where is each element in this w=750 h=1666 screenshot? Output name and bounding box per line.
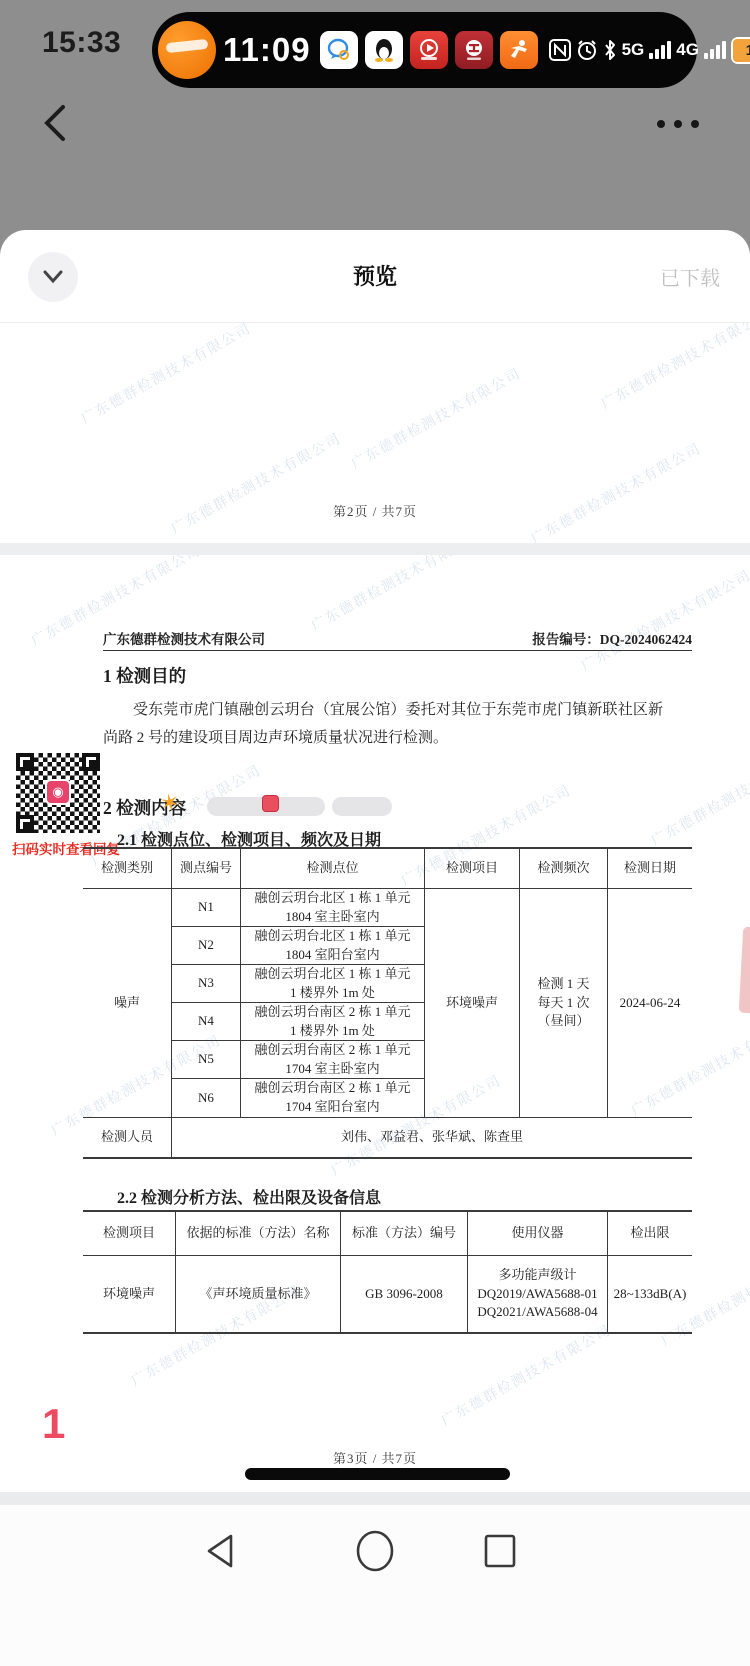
- point-id: N4: [171, 1003, 240, 1041]
- table1-header: 检测类别: [83, 849, 171, 889]
- table1-header: 测点编号: [171, 849, 240, 889]
- report-number: 报告编号：DQ-2024062424: [532, 628, 692, 648]
- table1-header: 检测频次: [519, 849, 607, 889]
- clock-time: 15:33: [42, 26, 121, 60]
- nav-back-button[interactable]: [192, 1523, 248, 1579]
- point-id: N6: [171, 1079, 240, 1117]
- watermark-text: 广东德群检测技术有限公司: [527, 438, 705, 543]
- table2-instrument: 多功能声级计 DQ2019/AWA5688-01 DQ2021/AWA5688-…: [467, 1256, 607, 1332]
- table1-date: 2024-06-24: [607, 889, 692, 1117]
- status-bar: 15:33 11:09 5G: [0, 0, 750, 92]
- nav-home-circle-icon: [353, 1529, 397, 1573]
- bottom-divider: [0, 1492, 750, 1505]
- watermark-text: 广东德群检测技术有限公司: [597, 323, 750, 413]
- red-stamp-mark: [739, 927, 750, 1014]
- highlight-pill: [332, 797, 392, 816]
- point-location: 融创云玥台南区 2 栋 1 单元 1704 室阳台室内: [240, 1079, 424, 1117]
- table2-header: 检出限: [607, 1212, 692, 1256]
- table1-header: 检测项目: [424, 849, 519, 889]
- table2-header: 检测项目: [83, 1212, 175, 1256]
- qr-code-block: ◉ 扫码实时查看回复: [16, 753, 102, 858]
- network-type-4g: 4G: [676, 40, 699, 60]
- section-2-2-title: 2.2 检测分析方法、检出限及设备信息: [117, 1185, 381, 1208]
- personnel-label: 检测人员: [83, 1117, 171, 1157]
- sampling-points-table: 检测类别 测点编号 检测点位 检测项目 检测频次 检测日期 噪声 N1 融创云玥…: [83, 847, 692, 1159]
- company-name: 广东德群检测技术有限公司: [103, 628, 265, 648]
- video-app-icon: [410, 31, 448, 69]
- point-location: 融创云玥台南区 2 栋 1 单元 1704 室主卧室内: [240, 1041, 424, 1079]
- table1-category: 噪声: [83, 889, 171, 1117]
- section-1-body: 受东莞市虎门镇融创云玥台（宜展公馆）委托对其位于东莞市虎门镇新联社区新尚路 2 …: [103, 697, 663, 753]
- network-type-5g: 5G: [622, 40, 645, 60]
- nav-recents-button[interactable]: [472, 1523, 528, 1579]
- back-chevron-icon: [39, 103, 69, 143]
- document-viewport[interactable]: 广东德群检测技术有限公司 广东德群检测技术有限公司 广东德群检测技术有限公司 广…: [0, 323, 750, 1666]
- annotation-number: 1: [42, 1400, 65, 1448]
- home-indicator[interactable]: [245, 1468, 510, 1480]
- table2-item: 环境噪声: [83, 1256, 175, 1332]
- personnel-names: 刘伟、邓益君、张华斌、陈查里: [171, 1117, 692, 1157]
- qr-center-logo-icon: ◉: [45, 779, 71, 805]
- bank-app-icon: [455, 31, 493, 69]
- point-id: N5: [171, 1041, 240, 1079]
- methods-table: 检测项目 依据的标准（方法）名称 标准（方法）编号 使用仪器 检出限 环境噪声 …: [83, 1210, 692, 1334]
- table1-item: 环境噪声: [424, 889, 519, 1117]
- signal-bars-2-icon: [704, 41, 726, 59]
- red-sticker-icon: [262, 795, 279, 812]
- table2-header: 使用仪器: [467, 1212, 607, 1256]
- table2-header: 依据的标准（方法）名称: [175, 1212, 340, 1256]
- orange-app-logo-icon: [158, 21, 216, 79]
- signal-bars-icon: [649, 41, 671, 59]
- person-app-icon: [500, 31, 538, 69]
- point-location: 融创云玥台南区 2 栋 1 单元 1 楼界外 1m 处: [240, 1003, 424, 1041]
- battery-percent: 17: [746, 42, 750, 59]
- battery-icon: 17: [731, 37, 750, 64]
- bluetooth-icon: [603, 39, 617, 61]
- top-toolbar: [0, 92, 750, 172]
- watermark-text: 广东德群检测技术有限公司: [347, 363, 525, 474]
- back-button[interactable]: [30, 100, 78, 148]
- watermark-text: 广东德群检测技术有限公司: [437, 1320, 615, 1431]
- phone-screen: 15:33 11:09 5G: [0, 0, 750, 1666]
- sheet-header: 预览 已下载: [0, 230, 750, 323]
- document-page-2: 广东德群检测技术有限公司 广东德群检测技术有限公司 广东德群检测技术有限公司 广…: [0, 323, 750, 543]
- qq-penguin-icon: [365, 31, 403, 69]
- qr-code-icon: ◉: [16, 753, 100, 833]
- section-1-title: 1 检测目的: [103, 663, 186, 688]
- alarm-clock-icon: [576, 39, 598, 61]
- chat-app-icon: [320, 31, 358, 69]
- overlay-clock-time: 11:09: [223, 31, 311, 69]
- star-sticker-icon: ✶: [157, 787, 182, 819]
- table2-detection-limit: 28~133dB(A): [607, 1256, 692, 1332]
- page3-footer: 第3页 / 共7页: [0, 1448, 750, 1467]
- table1-frequency: 检测 1 天 每天 1 次 （昼间）: [519, 889, 607, 1117]
- point-location: 融创云玥台北区 1 栋 1 单元 1804 室阳台室内: [240, 927, 424, 965]
- nav-home-button[interactable]: [347, 1523, 403, 1579]
- table2-standard-no: GB 3096-2008: [340, 1256, 467, 1332]
- table2-standard-name: 《声环境质量标准》: [175, 1256, 340, 1332]
- point-id: N1: [171, 889, 240, 927]
- point-id: N3: [171, 965, 240, 1003]
- report-header-row: 广东德群检测技术有限公司 报告编号：DQ-2024062424: [103, 617, 692, 651]
- table2-header: 标准（方法）编号: [340, 1212, 467, 1256]
- status-icons: 5G 4G 17: [549, 37, 750, 64]
- nav-recents-square-icon: [482, 1533, 518, 1569]
- watermark-text: 广东德群检测技术有限公司: [647, 740, 750, 851]
- nav-back-triangle-icon: [203, 1532, 237, 1570]
- table1-header: 检测日期: [607, 849, 692, 889]
- more-options-button[interactable]: [646, 104, 710, 144]
- sheet-title: 预览: [0, 260, 750, 291]
- document-page-3: 广东德群检测技术有限公司 广东德群检测技术有限公司 广东德群检测技术有限公司 广…: [0, 555, 750, 1492]
- download-status-label: 已下载: [660, 262, 720, 291]
- watermark-text: 广东德群检测技术有限公司: [77, 323, 255, 428]
- point-location: 融创云玥台北区 1 栋 1 单元 1804 室主卧室内: [240, 889, 424, 927]
- point-id: N2: [171, 927, 240, 965]
- page2-footer: 第2页 / 共7页: [0, 501, 750, 520]
- preview-sheet: 预览 已下载 广东德群检测技术有限公司 广东德群检测技术有限公司 广东德群检测技…: [0, 230, 750, 1666]
- floating-status-pill: 11:09 5G 4G: [152, 12, 697, 88]
- watermark-text: 广东德群检测技术有限公司: [167, 428, 345, 539]
- nfc-icon: [549, 39, 571, 61]
- table1-header: 检测点位: [240, 849, 424, 889]
- android-nav-bar: [0, 1505, 750, 1666]
- point-location: 融创云玥台北区 1 栋 1 单元 1 楼界外 1m 处: [240, 965, 424, 1003]
